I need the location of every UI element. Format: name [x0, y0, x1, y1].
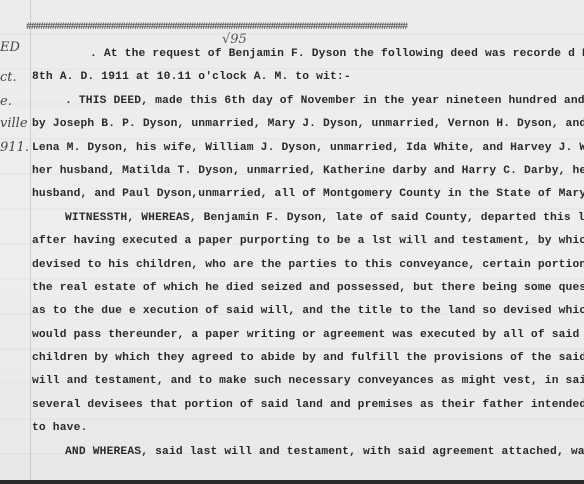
text-line: would pass thereunder, a paper writing o… [32, 324, 580, 347]
text-line: Lena M. Dyson, his wife, William J. Dyso… [32, 137, 580, 160]
margin-note: ville [0, 116, 28, 131]
hash-separator: ########################################… [26, 22, 582, 33]
deed-text: . At the request of Benjamin F. Dyson th… [32, 43, 580, 464]
text-line: AND WHEREAS, said last will and testamen… [32, 441, 580, 464]
text-line: husband, and Paul Dyson,unmarried, all o… [32, 183, 580, 206]
text-line: as to the due e xecution of said will, a… [32, 300, 580, 323]
deed-record-page: ED ct. e. ville 911. ###################… [0, 0, 584, 484]
margin-line [30, 0, 31, 484]
text-line: . At the request of Benjamin F. Dyson th… [32, 43, 580, 66]
text-line: by Joseph B. P. Dyson, unmarried, Mary J… [32, 113, 580, 136]
text-line: children by which they agreed to abide b… [32, 347, 580, 370]
text-line: devised to his children, who are the par… [32, 254, 580, 277]
text-line: her husband, Matilda T. Dyson, unmarried… [32, 160, 580, 183]
text-line: WITNESSTH, WHEREAS, Benjamin F. Dyson, l… [32, 207, 580, 230]
text-line: to have. [32, 417, 580, 440]
text-line: will and testament, and to make such nec… [32, 370, 580, 393]
text-line: 8th A. D. 1911 at 10.11 o'clock A. M. to… [32, 66, 580, 89]
margin-note: 911. [0, 140, 29, 155]
text-line: the real estate of which he died seized … [32, 277, 580, 300]
text-line: . THIS DEED, made this 6th day of Novemb… [32, 90, 580, 113]
margin-note: ED [0, 40, 20, 55]
text-line: after having executed a paper purporting… [32, 230, 580, 253]
margin-note: e. [0, 94, 12, 109]
margin-note: ct. [0, 70, 17, 85]
page-bottom-edge [0, 480, 584, 484]
text-line: several devisees that portion of said la… [32, 394, 580, 417]
